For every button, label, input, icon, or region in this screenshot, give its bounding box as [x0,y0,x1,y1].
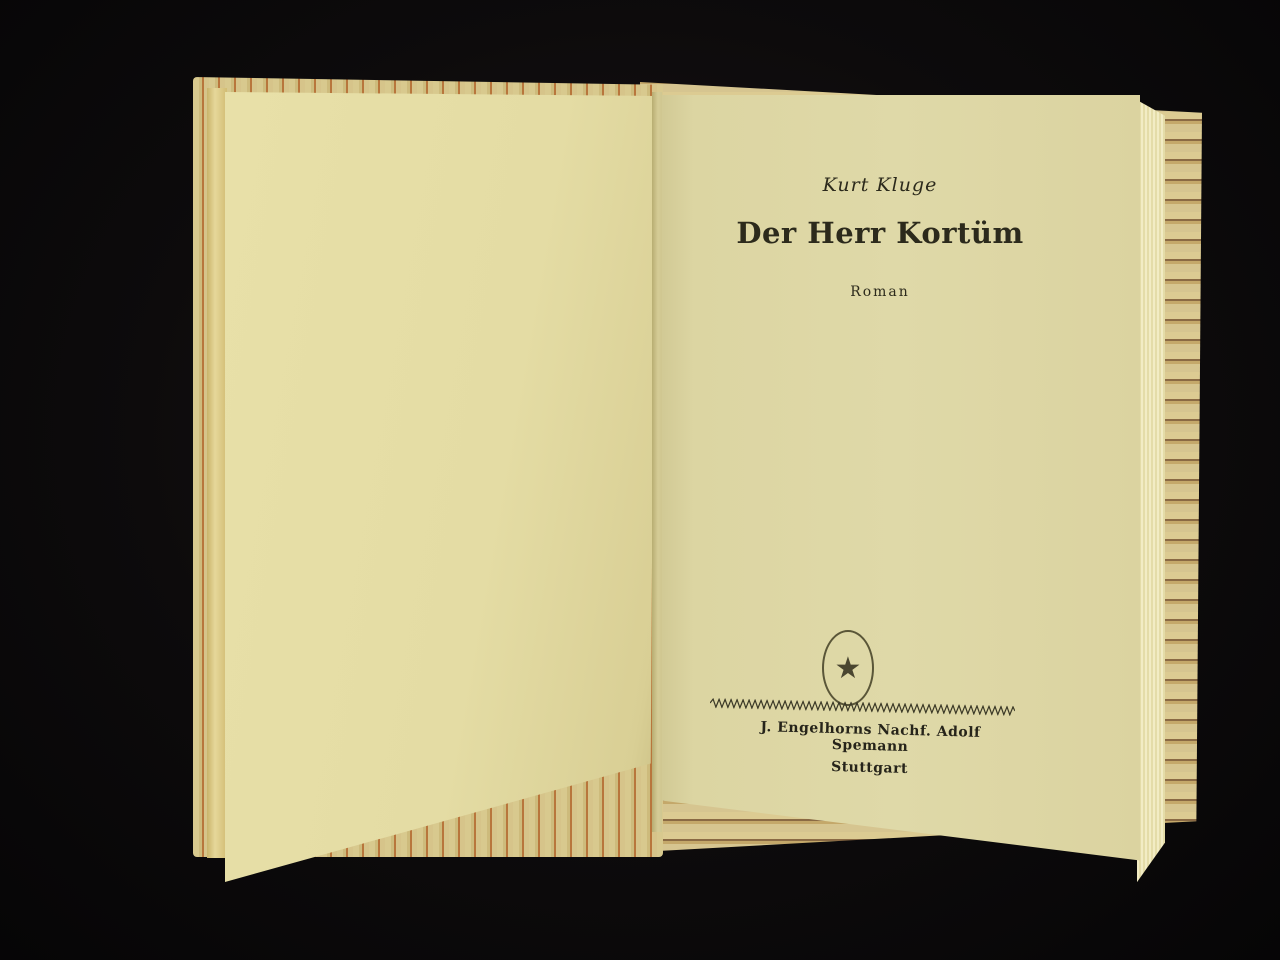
photo-scene: Kurt Kluge Der Herr Kortüm Roman ★ J. En… [0,0,1280,960]
author-name: Kurt Kluge [700,174,1060,196]
blank-left-page [225,92,655,882]
publisher-block: J. Engelhorns Nachf. Adolf Spemann Stutt… [719,718,1020,780]
title-block: Kurt Kluge Der Herr Kortüm Roman [700,160,1060,300]
book-subtitle: Roman [700,284,1060,300]
book-title: Der Herr Kortüm [700,216,1060,250]
publisher-name: J. Engelhorns Nachf. Adolf Spemann [760,719,980,755]
right-page-fore-edge [1137,100,1165,890]
book-gutter [652,92,662,832]
cherub-emblem-icon: ★ [822,630,874,706]
left-page-stack [207,88,227,858]
